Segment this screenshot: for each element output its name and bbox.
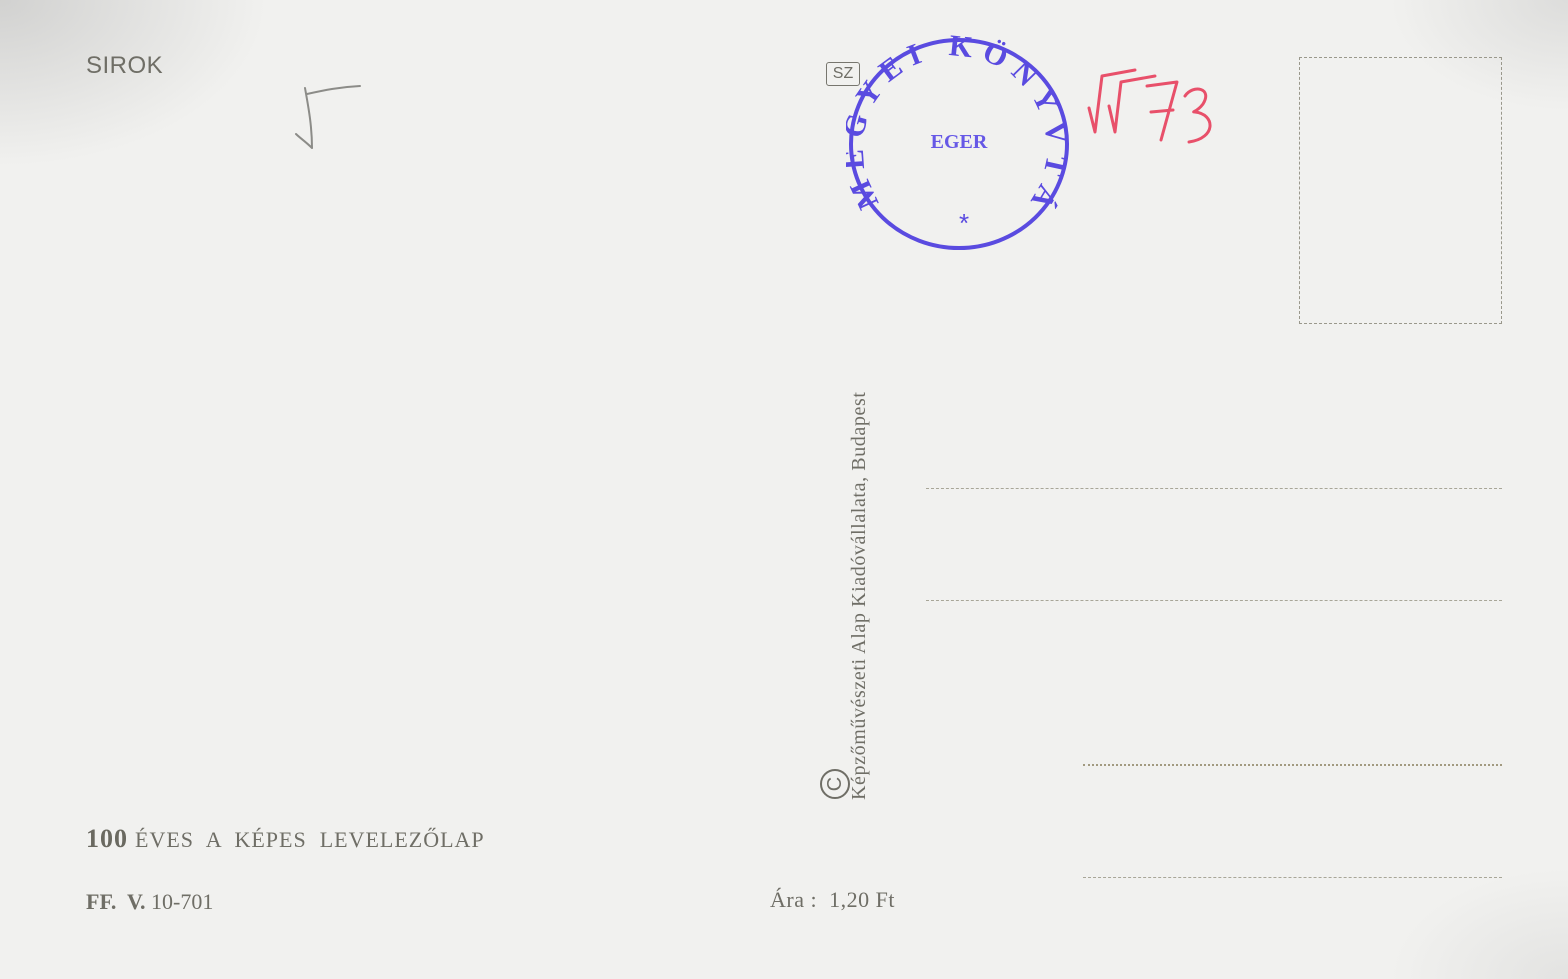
pencil-mark-icon	[290, 80, 370, 155]
series-number: 10-701	[151, 889, 213, 914]
price-text: Ára : 1,20 Ft	[770, 887, 895, 913]
svg-text:MEGYEI KÖNYVTÁR: MEGYEI KÖNYVTÁR	[846, 34, 1072, 222]
copyright-icon: C	[820, 769, 850, 799]
location-title: SIROK	[86, 52, 163, 80]
caption: 100 ÉVES A KÉPES LEVELEZŐLAP	[86, 824, 485, 854]
publisher-text: Képzőművészeti Alap Kiadóvállalata, Buda…	[848, 392, 871, 801]
stamp-placeholder-box	[1299, 57, 1502, 324]
address-line-1	[926, 488, 1502, 489]
caption-number: 100	[86, 824, 128, 853]
svg-text:*: *	[959, 208, 969, 238]
address-line-3	[1083, 764, 1502, 766]
address-line-4	[1083, 877, 1502, 878]
red-handwritten-number-icon	[1085, 68, 1225, 158]
series-code: FF. V. 10-701	[86, 889, 213, 915]
svg-text:EGER: EGER	[931, 131, 988, 153]
caption-text: ÉVES A KÉPES LEVELEZŐLAP	[135, 827, 485, 852]
address-line-2	[926, 600, 1502, 601]
library-stamp-icon: MEGYEI KÖNYVTÁR EGER *	[846, 34, 1072, 254]
postcard-back: SIROK SZ MEGYEI KÖNYVTÁR EGER * Képzőműv…	[0, 0, 1568, 979]
series-prefix: FF. V.	[86, 889, 146, 914]
